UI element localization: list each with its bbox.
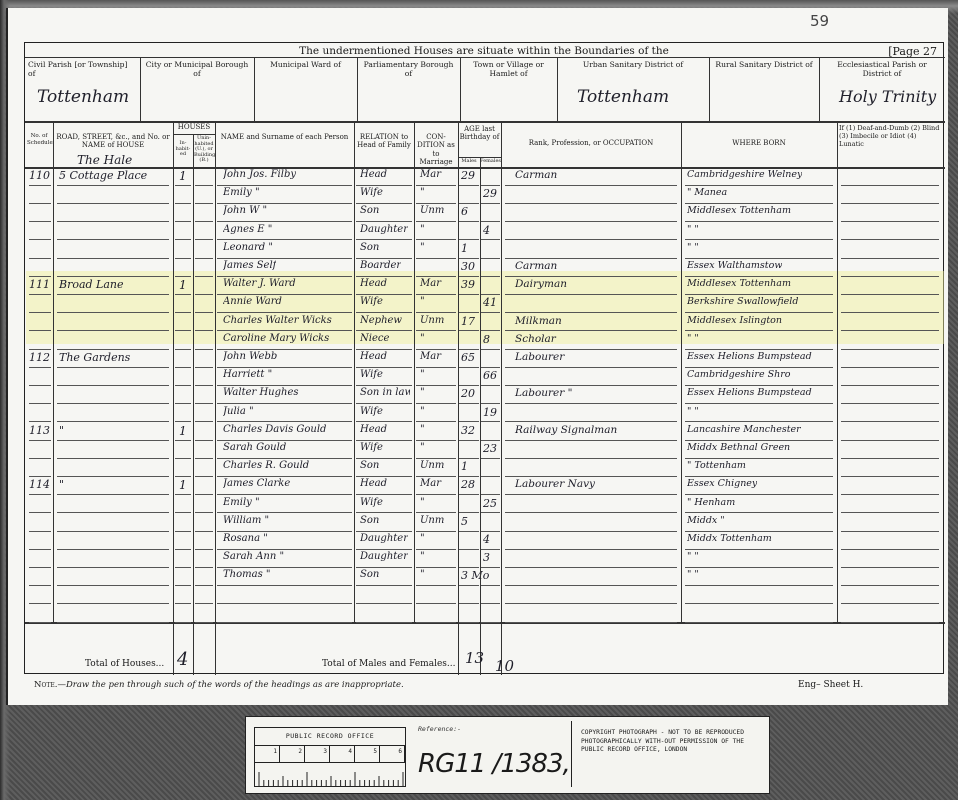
rule-line bbox=[195, 512, 213, 513]
rule-line bbox=[356, 603, 412, 604]
rule-line bbox=[175, 531, 191, 532]
rule-line bbox=[685, 585, 833, 586]
where-born-cell: " " bbox=[687, 551, 699, 562]
rule-line bbox=[841, 567, 939, 568]
rule-line bbox=[29, 494, 51, 495]
rule-line bbox=[175, 239, 191, 240]
rule-line bbox=[57, 567, 169, 568]
rule-line bbox=[57, 294, 169, 295]
relation-cell: Son bbox=[360, 515, 379, 526]
rule-line bbox=[481, 494, 500, 495]
rule-line bbox=[57, 512, 169, 513]
rule-line bbox=[195, 622, 213, 623]
where-born-cell: " " bbox=[687, 333, 699, 344]
rule-line bbox=[195, 312, 213, 313]
rule-line bbox=[481, 276, 500, 277]
sheet-caption: The undermentioned Houses are situate wi… bbox=[25, 45, 943, 57]
rule-line bbox=[217, 458, 352, 459]
rule-line bbox=[685, 239, 833, 240]
rule-line bbox=[57, 585, 169, 586]
rule-line bbox=[57, 312, 169, 313]
schedule-cell: 111 bbox=[29, 278, 50, 291]
rule-line bbox=[356, 421, 412, 422]
rule-line bbox=[175, 549, 191, 550]
where-born-cell: Essex Walthamstow bbox=[687, 260, 782, 271]
rule-line bbox=[217, 312, 352, 313]
rule-line bbox=[356, 476, 412, 477]
rule-line bbox=[685, 330, 833, 331]
rule-line bbox=[195, 276, 213, 277]
male-age-cell: 1 bbox=[461, 242, 468, 255]
ruler-number: 3 bbox=[305, 746, 330, 762]
name-cell: Walter J. Ward bbox=[223, 278, 296, 289]
rule-line bbox=[140, 57, 141, 121]
where-born-cell: " " bbox=[687, 406, 699, 417]
name-cell: Charles R. Gould bbox=[223, 460, 309, 471]
condition-cell: Mar bbox=[420, 278, 441, 289]
rule-line bbox=[57, 603, 169, 604]
where-born-cell: Essex Helions Bumpstead bbox=[687, 387, 812, 398]
where-born-cell: Essex Chigney bbox=[687, 478, 757, 489]
rule-line bbox=[357, 57, 358, 121]
col-name: NAME and Surname of each Person bbox=[217, 133, 352, 141]
rule-line bbox=[459, 512, 479, 513]
rule-line bbox=[53, 121, 54, 622]
rule-line bbox=[175, 622, 191, 623]
rule-line bbox=[416, 512, 456, 513]
name-cell: Charles Davis Gould bbox=[223, 424, 326, 435]
col-males: Males bbox=[458, 159, 480, 165]
name-cell: Emily " bbox=[223, 497, 260, 508]
rule-line bbox=[356, 276, 412, 277]
rule-line bbox=[57, 385, 169, 386]
rule-line bbox=[195, 494, 213, 495]
rule-line bbox=[416, 458, 456, 459]
female-age-cell: 4 bbox=[483, 224, 490, 237]
rule-line bbox=[505, 330, 677, 331]
condition-cell: " bbox=[420, 442, 425, 453]
rule-line bbox=[481, 221, 500, 222]
rule-line bbox=[356, 203, 412, 204]
rule-line bbox=[217, 385, 352, 386]
folio-number: 59 bbox=[810, 12, 829, 30]
rule-line bbox=[416, 312, 456, 313]
rule-line bbox=[217, 185, 352, 186]
rule-line bbox=[416, 203, 456, 204]
rule-line bbox=[841, 458, 939, 459]
rule-line bbox=[57, 185, 169, 186]
relation-cell: Head bbox=[360, 424, 387, 435]
relation-cell: Daughter bbox=[360, 533, 408, 544]
rule-line bbox=[505, 622, 677, 623]
rule-line bbox=[29, 549, 51, 550]
rule-line bbox=[195, 367, 213, 368]
rule-line bbox=[416, 567, 456, 568]
rule-line bbox=[175, 512, 191, 513]
rule-line bbox=[841, 239, 939, 240]
relation-cell: Son in law Head bbox=[360, 387, 410, 398]
male-age-cell: 5 bbox=[461, 515, 468, 528]
ruler-scale: 123456 bbox=[255, 745, 405, 763]
relation-cell: Wife bbox=[360, 296, 383, 307]
relation-cell: Son bbox=[360, 242, 379, 253]
rule-line bbox=[29, 367, 51, 368]
rule-line bbox=[29, 622, 51, 623]
rule-line bbox=[481, 312, 500, 313]
rule-line bbox=[685, 185, 833, 186]
rule-line bbox=[29, 294, 51, 295]
male-age-cell: 6 bbox=[461, 205, 468, 218]
rule-line bbox=[414, 121, 415, 622]
rule-line bbox=[217, 203, 352, 204]
occupation-cell: Carman bbox=[515, 169, 557, 181]
occupation-cell: Milkman bbox=[515, 315, 562, 327]
rule-line bbox=[416, 294, 456, 295]
rule-line bbox=[505, 258, 677, 259]
rule-line bbox=[841, 512, 939, 513]
rule-line bbox=[416, 239, 456, 240]
rule-line bbox=[416, 367, 456, 368]
condition-cell: " bbox=[420, 533, 425, 544]
rule-line bbox=[217, 512, 352, 513]
ruler-number: 2 bbox=[280, 746, 305, 762]
district-label: Town or Village or Hamlet of bbox=[463, 61, 554, 78]
rule-line bbox=[685, 567, 833, 568]
rule-line bbox=[505, 385, 677, 386]
where-born-cell: Middlesex Tottenham bbox=[687, 278, 791, 289]
rule-line bbox=[841, 349, 939, 350]
rule-line bbox=[173, 134, 215, 135]
relation-cell: Wife bbox=[360, 442, 383, 453]
name-cell: Sarah Ann " bbox=[223, 551, 284, 562]
male-age-cell: 65 bbox=[461, 351, 475, 364]
total-houses-label: Total of Houses... bbox=[85, 659, 164, 669]
condition-cell: " bbox=[420, 296, 425, 307]
rule-line bbox=[29, 276, 51, 277]
rule-line bbox=[217, 603, 352, 604]
rule-line bbox=[681, 121, 682, 622]
rule-line bbox=[505, 203, 677, 204]
rule-line bbox=[685, 440, 833, 441]
rule-line bbox=[505, 349, 677, 350]
rule-line bbox=[356, 312, 412, 313]
condition-cell: " bbox=[420, 406, 425, 417]
relation-cell: Daughter bbox=[360, 551, 408, 562]
rule-line bbox=[29, 567, 51, 568]
district-value: Tottenham bbox=[37, 87, 129, 107]
rule-line bbox=[685, 531, 833, 532]
name-cell: Harriett " bbox=[223, 369, 272, 380]
rule-line bbox=[254, 57, 255, 121]
rule-line bbox=[481, 421, 500, 422]
rule-line bbox=[481, 349, 500, 350]
rule-line bbox=[29, 403, 51, 404]
rule-line bbox=[29, 185, 51, 186]
rule-line bbox=[481, 203, 500, 204]
road-cell: " bbox=[59, 424, 64, 437]
female-age-cell: 3 bbox=[483, 551, 490, 564]
rule-line bbox=[841, 476, 939, 477]
rule-line bbox=[195, 239, 213, 240]
label-divider bbox=[571, 721, 572, 787]
rule-line bbox=[57, 531, 169, 532]
rule-line bbox=[29, 330, 51, 331]
rule-line bbox=[481, 185, 500, 186]
name-cell: John Webb bbox=[223, 351, 277, 362]
rule-line bbox=[841, 622, 939, 623]
rule-line bbox=[173, 121, 174, 622]
where-born-cell: Lancashire Manchester bbox=[687, 424, 801, 435]
rule-line bbox=[685, 476, 833, 477]
col-females: Females bbox=[480, 159, 501, 165]
rule-line bbox=[416, 549, 456, 550]
rule-line bbox=[356, 385, 412, 386]
condition-cell: " bbox=[420, 369, 425, 380]
rule-line bbox=[217, 476, 352, 477]
name-cell: John W " bbox=[223, 205, 267, 216]
rule-line bbox=[195, 476, 213, 477]
rule-line bbox=[195, 385, 213, 386]
condition-cell: Mar bbox=[420, 169, 441, 180]
rule-line bbox=[356, 531, 412, 532]
rule-line bbox=[29, 585, 51, 586]
occupation-cell: Labourer Navy bbox=[515, 478, 595, 490]
name-cell: James Clarke bbox=[223, 478, 290, 489]
rule-line bbox=[175, 276, 191, 277]
rule-line bbox=[685, 312, 833, 313]
male-age-cell: 1 bbox=[461, 460, 468, 473]
inhabited-cell: 1 bbox=[179, 478, 187, 492]
rule-line bbox=[175, 421, 191, 422]
rule-line bbox=[29, 421, 51, 422]
rule-line bbox=[505, 458, 677, 459]
rule-line bbox=[459, 239, 479, 240]
male-age-cell: 3 Mo bbox=[461, 569, 489, 582]
name-cell: Julia " bbox=[223, 406, 254, 417]
rule-line bbox=[709, 57, 710, 121]
rule-line bbox=[215, 622, 216, 675]
rule-line bbox=[217, 567, 352, 568]
rule-line bbox=[416, 585, 456, 586]
total-houses-value: 4 bbox=[177, 649, 188, 670]
rule-line bbox=[175, 385, 191, 386]
rule-line bbox=[505, 440, 677, 441]
rule-line bbox=[217, 294, 352, 295]
rule-line bbox=[459, 203, 479, 204]
rule-line bbox=[175, 185, 191, 186]
rule-line bbox=[458, 121, 459, 622]
rule-line bbox=[685, 512, 833, 513]
office-name: PUBLIC RECORD OFFICE bbox=[255, 732, 405, 740]
rule-line bbox=[481, 440, 500, 441]
condition-cell: " bbox=[420, 387, 425, 398]
rule-line bbox=[416, 531, 456, 532]
rule-line bbox=[459, 476, 479, 477]
rule-line bbox=[29, 476, 51, 477]
rule-line bbox=[505, 476, 677, 477]
rule-line bbox=[57, 330, 169, 331]
rule-line bbox=[481, 385, 500, 386]
ruler-number: 5 bbox=[355, 746, 380, 762]
rule-line bbox=[57, 494, 169, 495]
female-age-cell: 19 bbox=[483, 406, 497, 419]
occupation-cell: Dairyman bbox=[515, 278, 567, 290]
inhabited-cell: 1 bbox=[179, 424, 187, 438]
name-cell: Walter Hughes bbox=[223, 387, 299, 398]
road-cell: The Gardens bbox=[59, 351, 130, 364]
rule-line bbox=[57, 403, 169, 404]
condition-cell: Mar bbox=[420, 478, 441, 489]
condition-cell: " bbox=[420, 242, 425, 253]
where-born-cell: " " bbox=[687, 224, 699, 235]
relation-cell: Wife bbox=[360, 497, 383, 508]
relation-cell: Head bbox=[360, 278, 387, 289]
district-label: Urban Sanitary District of bbox=[560, 61, 706, 70]
rule-line bbox=[459, 421, 479, 422]
relation-cell: Daughter bbox=[360, 224, 408, 235]
col-inhabited: In-habit-ed bbox=[174, 141, 192, 158]
rule-line bbox=[685, 603, 833, 604]
rule-line bbox=[459, 531, 479, 532]
rule-line bbox=[175, 458, 191, 459]
copyright-notice: COPYRIGHT PHOTOGRAPH - NOT TO BE REPRODU… bbox=[581, 729, 761, 755]
rule-line bbox=[195, 440, 213, 441]
rule-line bbox=[841, 330, 939, 331]
rule-line bbox=[175, 349, 191, 350]
rule-line bbox=[685, 549, 833, 550]
rule-line bbox=[459, 185, 479, 186]
schedule-cell: 114 bbox=[29, 478, 50, 491]
rule-line bbox=[175, 476, 191, 477]
where-born-cell: Middx Bethnal Green bbox=[687, 442, 790, 453]
rule-line bbox=[175, 367, 191, 368]
male-age-cell: 39 bbox=[461, 278, 475, 291]
col-infirmity: If (1) Deaf-and-Dumb (2) Blind (3) Imbec… bbox=[839, 125, 943, 148]
female-age-cell: 41 bbox=[483, 296, 497, 309]
occupation-cell: Scholar bbox=[515, 333, 556, 345]
rule-line bbox=[356, 458, 412, 459]
sheet-id: Eng– Sheet H. bbox=[798, 680, 863, 690]
col-where-born: WHERE BORN bbox=[683, 139, 835, 147]
name-cell: James Self bbox=[223, 260, 276, 271]
col-relation: RELATION to Head of Family bbox=[356, 133, 412, 150]
rule-line bbox=[460, 57, 461, 121]
rule-line bbox=[29, 258, 51, 259]
rule-line bbox=[841, 294, 939, 295]
rule-line bbox=[841, 203, 939, 204]
name-cell: Rosana " bbox=[223, 533, 268, 544]
name-cell: Emily " bbox=[223, 187, 260, 198]
name-cell: William " bbox=[223, 515, 269, 526]
condition-cell: " bbox=[420, 569, 425, 580]
district-label: Civil Parish [or Township] of bbox=[28, 61, 137, 78]
district-label: Parliamentary Borough of bbox=[360, 61, 457, 78]
col-condition: CON-DITION as to Marriage bbox=[416, 133, 456, 167]
rule-line bbox=[481, 294, 500, 295]
name-cell: Sarah Gould bbox=[223, 442, 286, 453]
rule-line bbox=[25, 167, 945, 169]
census-sheet: 59 The undermentioned Houses are situate… bbox=[6, 8, 948, 705]
rule-line bbox=[217, 349, 352, 350]
district-label: City or Municipal Borough of bbox=[143, 61, 251, 78]
rule-line bbox=[505, 494, 677, 495]
rule-line bbox=[356, 367, 412, 368]
rule-line bbox=[841, 385, 939, 386]
condition-cell: Unm bbox=[420, 460, 444, 471]
rule-line bbox=[459, 549, 479, 550]
rule-line bbox=[837, 121, 838, 622]
rule-line bbox=[481, 603, 500, 604]
rule-line bbox=[193, 622, 194, 675]
rule-line bbox=[505, 512, 677, 513]
rule-line bbox=[356, 622, 412, 623]
rule-line bbox=[841, 585, 939, 586]
where-born-cell: " Manea bbox=[687, 187, 727, 198]
rule-line bbox=[841, 421, 939, 422]
where-born-cell: " " bbox=[687, 242, 699, 253]
rule-line bbox=[29, 458, 51, 459]
district-label: Rural Sanitary District of bbox=[712, 61, 816, 70]
rule-line bbox=[356, 440, 412, 441]
rule-line bbox=[57, 440, 169, 441]
condition-cell: " bbox=[420, 551, 425, 562]
rule-line bbox=[217, 549, 352, 550]
rule-line bbox=[29, 385, 51, 386]
rule-line bbox=[685, 203, 833, 204]
rule-line bbox=[459, 458, 479, 459]
rule-line bbox=[481, 367, 500, 368]
rule-line bbox=[416, 440, 456, 441]
rule-line bbox=[356, 258, 412, 259]
rule-line bbox=[57, 549, 169, 550]
rule-line bbox=[841, 221, 939, 222]
rule-line bbox=[217, 494, 352, 495]
rule-line bbox=[416, 349, 456, 350]
relation-cell: Son bbox=[360, 205, 379, 216]
rule-line bbox=[217, 239, 352, 240]
rule-line bbox=[416, 494, 456, 495]
ruler-box: PUBLIC RECORD OFFICE 123456 bbox=[254, 727, 406, 787]
rule-line bbox=[685, 367, 833, 368]
rule-line bbox=[195, 603, 213, 604]
where-born-cell: Middlesex Tottenham bbox=[687, 205, 791, 216]
road-cell: 5 Cottage Place bbox=[59, 169, 147, 182]
rule-line bbox=[57, 203, 169, 204]
rule-line bbox=[459, 440, 479, 441]
rule-line bbox=[459, 403, 479, 404]
road-cell: Broad Lane bbox=[59, 278, 124, 291]
rule-line bbox=[217, 276, 352, 277]
condition-cell: " bbox=[420, 187, 425, 198]
rule-line bbox=[29, 349, 51, 350]
rule-line bbox=[841, 403, 939, 404]
name-cell: Agnes E " bbox=[223, 224, 272, 235]
rule-line bbox=[195, 458, 213, 459]
rule-line bbox=[57, 221, 169, 222]
footer-note: Note.—Draw the pen through such of the w… bbox=[34, 680, 404, 690]
condition-cell: " bbox=[420, 333, 425, 344]
rule-line bbox=[459, 258, 479, 259]
female-age-cell: 66 bbox=[483, 369, 497, 382]
rule-line bbox=[481, 476, 500, 477]
rule-line bbox=[356, 567, 412, 568]
rule-line bbox=[416, 258, 456, 259]
rule-line bbox=[195, 330, 213, 331]
rule-line bbox=[57, 421, 169, 422]
schedule-cell: 110 bbox=[29, 169, 50, 182]
rule-line bbox=[57, 239, 169, 240]
condition-cell: " bbox=[420, 497, 425, 508]
